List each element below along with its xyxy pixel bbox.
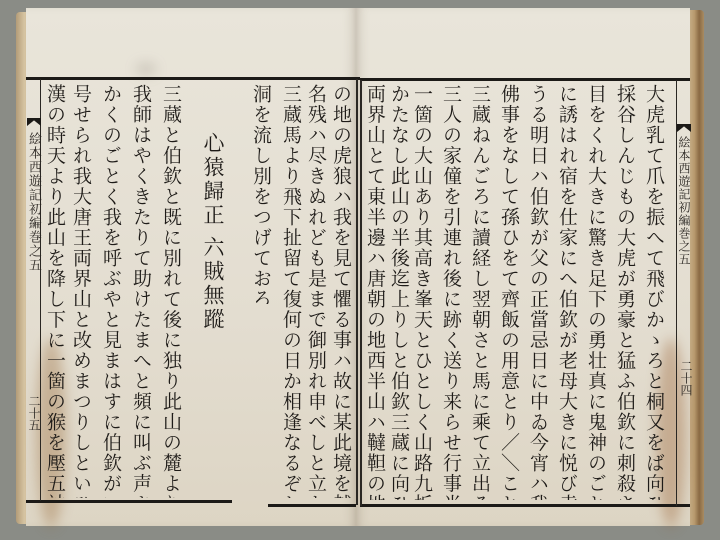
chapter-heading: 六賊無蹤 (198, 236, 228, 332)
text-column: かくのごとく我を呼ぶやと見まはすに伯欽がいふ五行山ハ原五行山と (100, 84, 122, 498)
text-column: 三人の家僮を引連れ後に跡く送り来らせ行事半日ふして (440, 84, 462, 500)
text-column: 両界山とて東半邊ハ唐朝の地西半山ハ韃靼の地なり韃靼 (364, 84, 386, 500)
text-column: 号せられ我大唐王両界山と改めまつりしといひつたへり (70, 84, 92, 498)
right-leaf-number: 二十四 (678, 360, 695, 396)
left-frame-bottom-rule-2 (268, 504, 356, 507)
right-frame-inner-rule (360, 80, 362, 506)
text-column: 採谷しんじもの大虎が勇豪と猛ふ伯欽に刺殺さる三蔵是に (614, 84, 636, 500)
left-gutter-title: 絵本西遊記初編巻之五 (24, 132, 43, 302)
text-column: うる明日ハ伯欽が父の正當忌日に中ゐ今宵ハ我をかれめに (527, 84, 549, 500)
right-gutter-title: 絵本西遊記初編巻之五 (676, 136, 693, 316)
text-column: かたなし此山の半後迄上りしと伯欽三蔵に向ひて云るハ此山ハ (388, 84, 410, 500)
left-frame-top-rule (26, 77, 360, 80)
text-column: 三蔵ねんごろに讀経し翌朝さと馬に乘て立出る伯欽使 (469, 84, 491, 500)
right-frame-top-rule (360, 78, 690, 81)
text-column: 洞を流し別をつげておろしそる (250, 84, 272, 304)
text-column: に誘はれ宿を仕家にへ伯欽が老母大きに悦び幸なる (556, 84, 578, 500)
text-column: 目をくれ大きに驚き足下の勇壮真に鬼神のごとと称歎し伯欽 (585, 84, 607, 500)
left-leaf-number: 二十五 (26, 395, 43, 431)
text-column: 佛事をなして孫ひをて齊飯の用意とり／＼ことなるぞわれば (498, 84, 520, 500)
left-frame-bottom-rule (26, 500, 232, 503)
text-column: 一箇の大山あり其高き峯天とひとしく山路九折し嶮難いはん (411, 84, 433, 500)
open-book-spread: 絵本西遊記初編巻之五 二十五 絵本西遊記初編巻之五 二十四 大虎乳て爪を振へて飛… (0, 0, 720, 540)
text-column: 大虎乳て爪を振へて飛びかゝろと桐又をば向ひ我にまぬ斗 (643, 84, 665, 500)
right-frame-bottom-rule (360, 504, 690, 507)
chapter-heading: 心猿歸正 (198, 132, 228, 228)
text-column: 我師はやくきたりて助けたまへと頻に叫ぶ声されハ三蔵おどろき何者か (130, 84, 152, 498)
text-column: の地の虎狼ハ我を見て懼る事ハ故に某此境を越しがたし (330, 84, 352, 498)
text-column: 三蔵馬より飛下扯留て復何の日か相逢なるぞとて袂をひく (280, 84, 302, 498)
text-column: 漢の時天より此山を降し下に一箇の猴を壓五神に仰せて鎮る (44, 84, 66, 498)
text-column: 名残ハ尽きぬれども是まで御別れ申べしと立ち帰らんとするを (305, 84, 327, 498)
text-column: 三蔵と伯欽と既に別れて後に独り此山の麓より我師早く来りて (160, 84, 182, 498)
left-frame-inner-rule (356, 79, 358, 505)
smudge (136, 63, 156, 75)
